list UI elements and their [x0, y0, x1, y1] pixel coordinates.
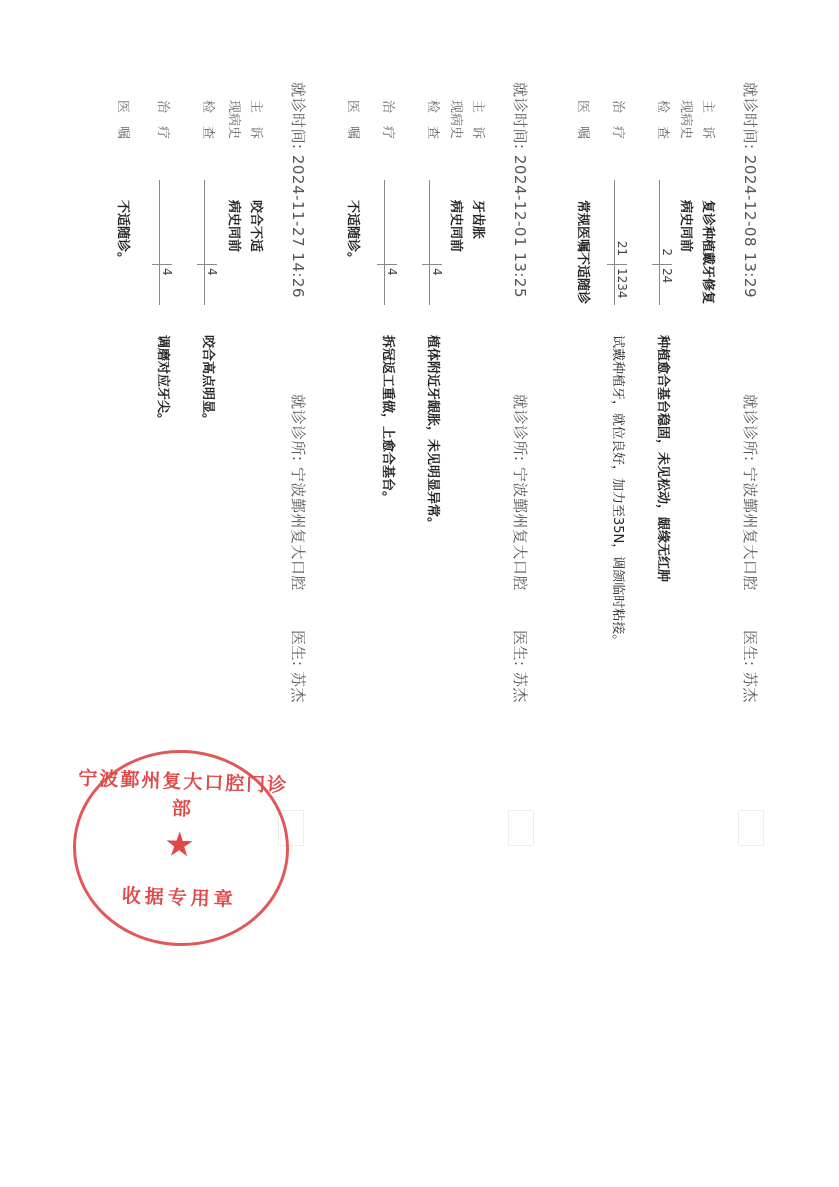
doctor-name: 苏杰: [511, 672, 529, 703]
tooth-right: 1234: [615, 268, 629, 299]
examination-text: 种植愈合基台稳固，未见松动，龈缘无红肿: [655, 335, 674, 582]
treatment-text: 拆冠返工重做，上愈合基台。: [380, 335, 399, 504]
star-icon: ★: [163, 824, 195, 865]
stamp-bottom-text: 收据专用章: [74, 879, 285, 913]
visit-time-label: 就诊时间:: [741, 82, 759, 150]
clinic-info: 就诊诊所: 宁波鄞州复大口腔: [740, 394, 761, 591]
tooth-right: 4: [160, 268, 174, 276]
stamp-top-text: 宁波鄞州复大口腔门诊部: [77, 763, 289, 824]
present-history: 病史同前: [678, 200, 697, 252]
clinic-name: 宁波鄞州复大口腔: [511, 467, 529, 591]
examination-text: 植体附近牙龈胀，未见明显异常。: [425, 335, 444, 530]
treatment-text: 试戴种植牙，就位良好，加力至35N，调颌临时粘接。: [610, 335, 629, 647]
visit-time: 2024-11-27 14:26: [289, 155, 307, 298]
visit-time: 2024-12-08 13:29: [741, 155, 759, 298]
record-header: 就诊时间: 2024-11-27 14:26 就诊诊所: 宁波鄞州复大口腔 医生…: [288, 82, 309, 298]
tooth-right: 4: [205, 268, 219, 276]
tooth-right: 24: [660, 268, 674, 283]
clinic-name: 宁波鄞州复大口腔: [741, 467, 759, 591]
doctor-name: 苏杰: [741, 672, 759, 703]
examination-text: 咬合高点明显。: [200, 335, 219, 426]
advice: 不适随诊。: [115, 200, 134, 265]
present-history: 病史同前: [226, 200, 245, 252]
doctor-info: 医生: 苏杰: [288, 630, 309, 703]
medical-record-page: 就诊时间: 2024-12-08 13:29 就诊诊所: 宁波鄞州复大口腔 医生…: [0, 0, 839, 1187]
tooth-left: 2: [660, 248, 674, 256]
signature-box: [738, 810, 764, 846]
advice: 常规医嘱不适随诊: [575, 200, 594, 304]
advice: 不适随诊。: [345, 200, 364, 265]
record-header: 就诊时间: 2024-12-08 13:29 就诊诊所: 宁波鄞州复大口腔 医生…: [740, 82, 761, 298]
treatment-text: 调磨对应牙尖。: [155, 335, 174, 426]
chief-complaint: 牙齿胀: [470, 200, 489, 239]
clinic-name: 宁波鄞州复大口腔: [289, 467, 307, 591]
chief-complaint: 复诊种植戴牙修复: [700, 200, 719, 304]
present-history: 病史同前: [448, 200, 467, 252]
signature-box: [508, 810, 534, 846]
visit-time-label: 就诊时间:: [289, 82, 307, 150]
visit-time: 2024-12-01 13:25: [511, 155, 529, 298]
official-stamp: 宁波鄞州复大口腔门诊部 ★ 收据专用章: [70, 746, 293, 949]
record-header: 就诊时间: 2024-12-01 13:25 就诊诊所: 宁波鄞州复大口腔 医生…: [510, 82, 531, 298]
doctor-name: 苏杰: [289, 672, 307, 703]
doctor-info: 医生: 苏杰: [510, 630, 531, 703]
tooth-right: 4: [385, 268, 399, 276]
tooth-left: 21: [615, 241, 629, 256]
visit-time-label: 就诊时间:: [511, 82, 529, 150]
clinic-info: 就诊诊所: 宁波鄞州复大口腔: [288, 394, 309, 591]
clinic-info: 就诊诊所: 宁波鄞州复大口腔: [510, 394, 531, 591]
chief-complaint: 咬合不适: [248, 200, 267, 252]
doctor-info: 医生: 苏杰: [740, 630, 761, 703]
tooth-right: 4: [430, 268, 444, 276]
